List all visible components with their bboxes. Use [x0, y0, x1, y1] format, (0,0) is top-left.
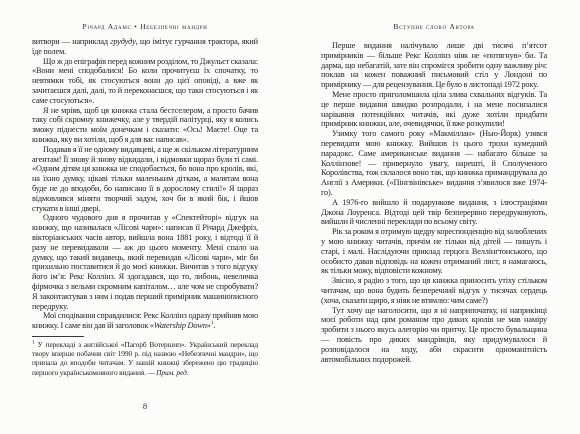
- paragraph: витвори — наприклад грудуду, що імітує г…: [32, 37, 258, 57]
- text-run: .: [213, 321, 215, 330]
- footnote: 1 У перекладі з англійської «Пагорб Воте…: [32, 340, 258, 377]
- lapine-word-italic: грудуду: [110, 37, 135, 46]
- left-page-body: витвори — наприклад грудуду, що імітує г…: [32, 37, 258, 377]
- text-run: Мої сподівання справдилися: Рекс Коллінз…: [32, 311, 258, 330]
- right-page: Вступне слово Автора Перше видання наліч…: [321, 0, 547, 434]
- right-running-head: Вступне слово Автора: [321, 22, 547, 31]
- paragraph: Мене просто приголомшила ціла злива схва…: [321, 90, 547, 129]
- paragraph: Звісно, я радію з того, що ця книжка при…: [321, 276, 547, 305]
- text-run: витвори — наприклад: [32, 37, 110, 46]
- left-page: Річард Адамс • Небезпечні мандри витвори…: [32, 0, 258, 434]
- paragraph: Одного чудового дня я прочитав у «Спекте…: [32, 213, 258, 311]
- paragraph: А 1976-го вийшло й подарункове видання, …: [321, 198, 547, 227]
- paragraph: Подавав я її не одному видавцеві, а ще ж…: [32, 145, 258, 214]
- editor-note-italic: Прим. ред.: [156, 368, 188, 377]
- footnote-separator: [32, 336, 84, 337]
- paragraph: Мої сподівання справдилися: Рекс Коллінз…: [32, 311, 258, 331]
- paragraph: Тут хочу ще наголосити, що я ні наприпоч…: [321, 306, 547, 365]
- paragraph: Що ж до епіграфів перед кожним розділом,…: [32, 57, 258, 106]
- paragraph: Узимку того самого року «Макміллан» (Нью…: [321, 129, 547, 198]
- book-title-italic: Watership Down: [154, 321, 207, 330]
- left-running-head: Річард Адамс • Небезпечні мандри: [32, 22, 258, 31]
- right-page-body: Перше видання налічувало лише дві тисячі…: [321, 41, 547, 364]
- left-page-number: 8: [32, 401, 258, 411]
- book-spread: Річард Адамс • Небезпечні мандри витвори…: [0, 0, 580, 434]
- text-run: У перекладі з англійської «Пагорб Вотерш…: [32, 340, 258, 377]
- paragraph: Рік за роком я отримую щедру кореспонден…: [321, 227, 547, 276]
- paragraph: Перше видання налічувало лише дві тисячі…: [321, 41, 547, 90]
- paragraph: Я не мріяв, щоб ця книжка стала бестселе…: [32, 106, 258, 145]
